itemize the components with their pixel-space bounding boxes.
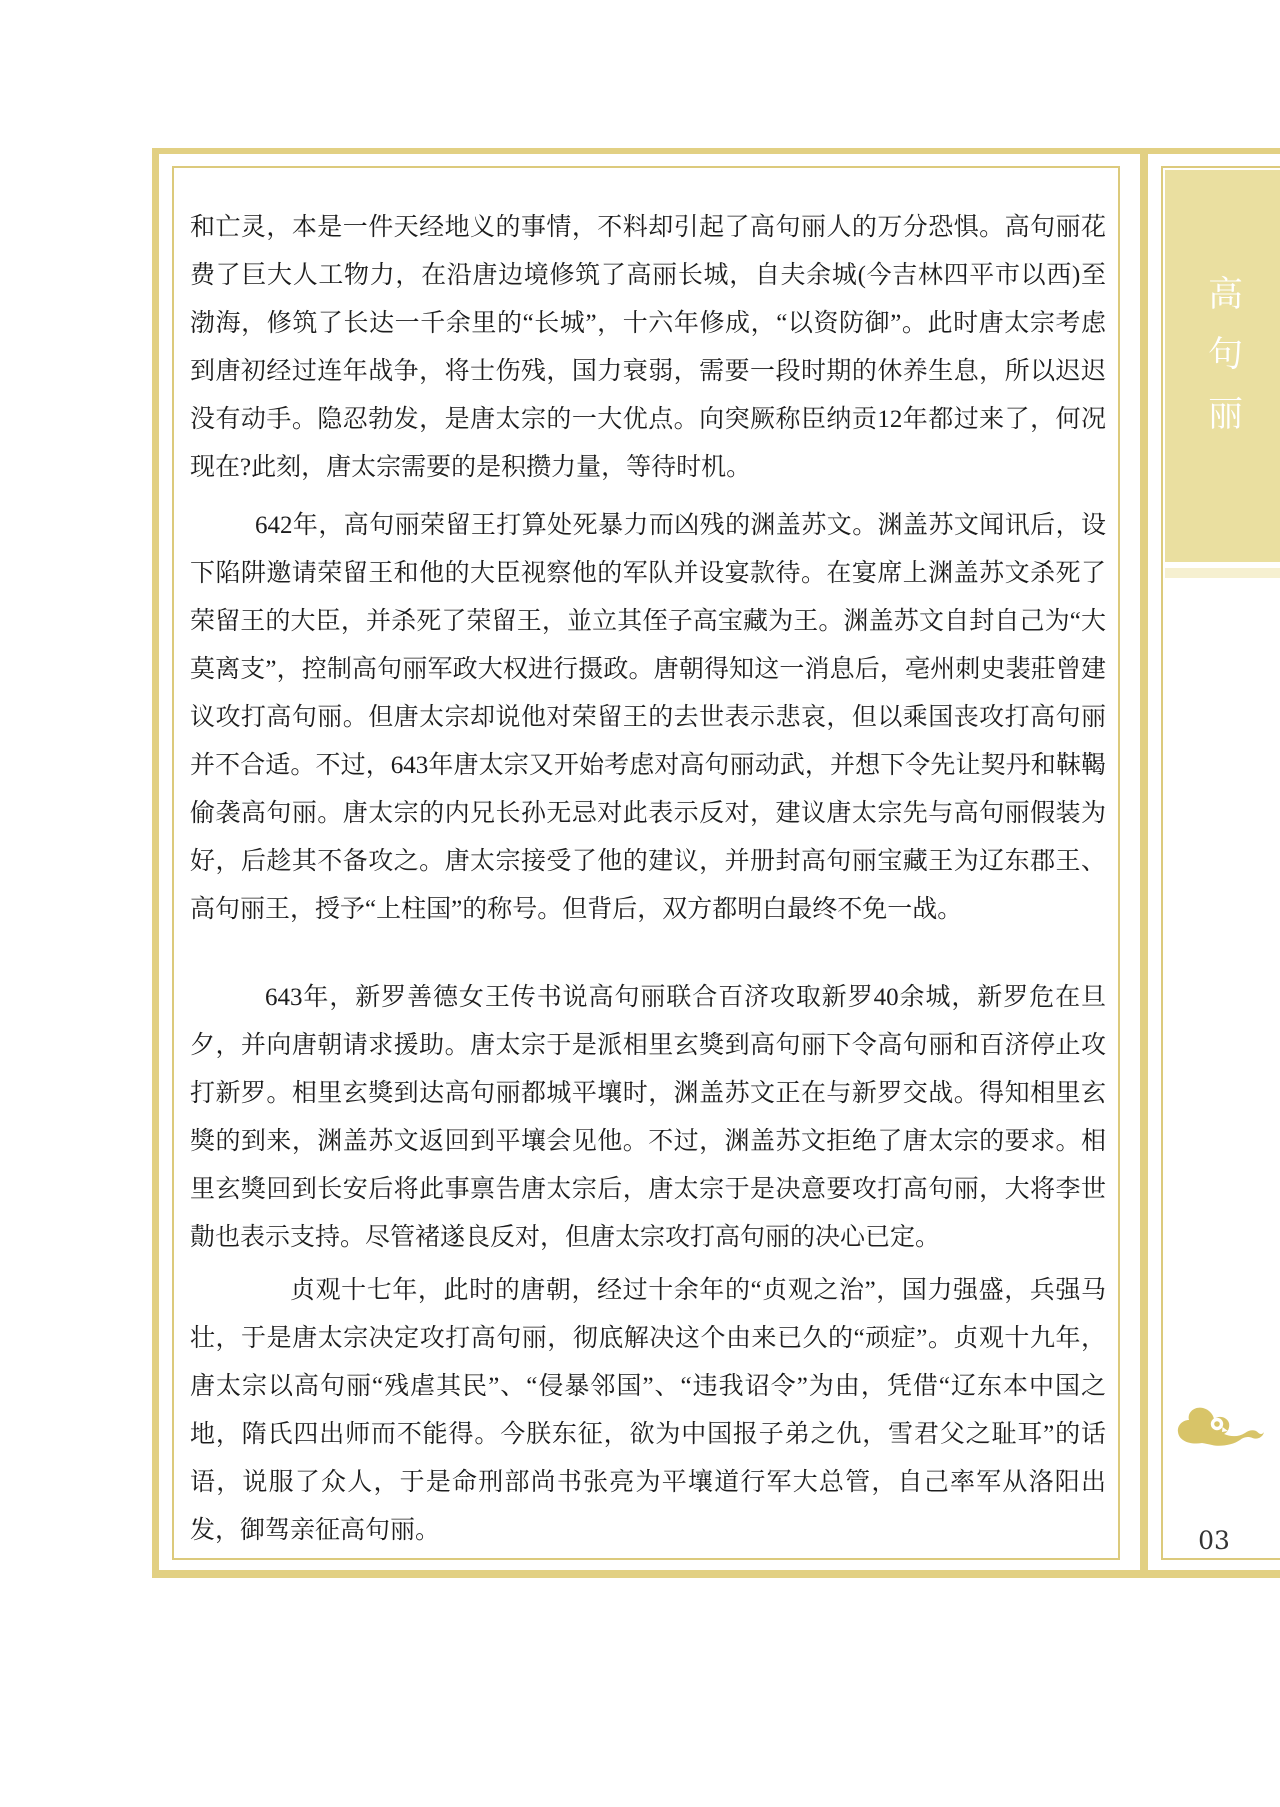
chapter-label-block-underline [1165, 568, 1280, 578]
chapter-label-block: 高句丽 [1165, 170, 1280, 562]
chapter-title-vertical: 高句丽 [1198, 170, 1248, 562]
paragraph: 贞观十七年，此时的唐朝，经过十余年的“贞观之治”，国力强盛，兵强马壮，于是唐太宗… [190, 1267, 1106, 1555]
scanned-book-page: { "colors":{ "gold":"#e2d083", "gold_thi… [0, 0, 1280, 1807]
cloud-icon [1172, 1404, 1264, 1452]
paragraph: 642年，高句丽荣留王打算处死暴力而凶残的渊盖苏文。渊盖苏文闻讯后，设下陷阱邀请… [190, 502, 1106, 934]
page-number: 03 [1148, 1526, 1280, 1555]
paragraph: 和亡灵，本是一件天经地义的事情，不料却引起了高句丽人的万分恐惧。高句丽花费了巨大… [190, 204, 1106, 492]
body-text-column: 和亡灵，本是一件天经地义的事情，不料却引起了高句丽人的万分恐惧。高句丽花费了巨大… [190, 204, 1106, 1555]
vertical-divider-rule [1140, 148, 1148, 1578]
paragraph: 643年，新罗善德女王传书说高句丽联合百济攻取新罗40余城，新罗危在旦夕，并向唐… [190, 974, 1106, 1262]
